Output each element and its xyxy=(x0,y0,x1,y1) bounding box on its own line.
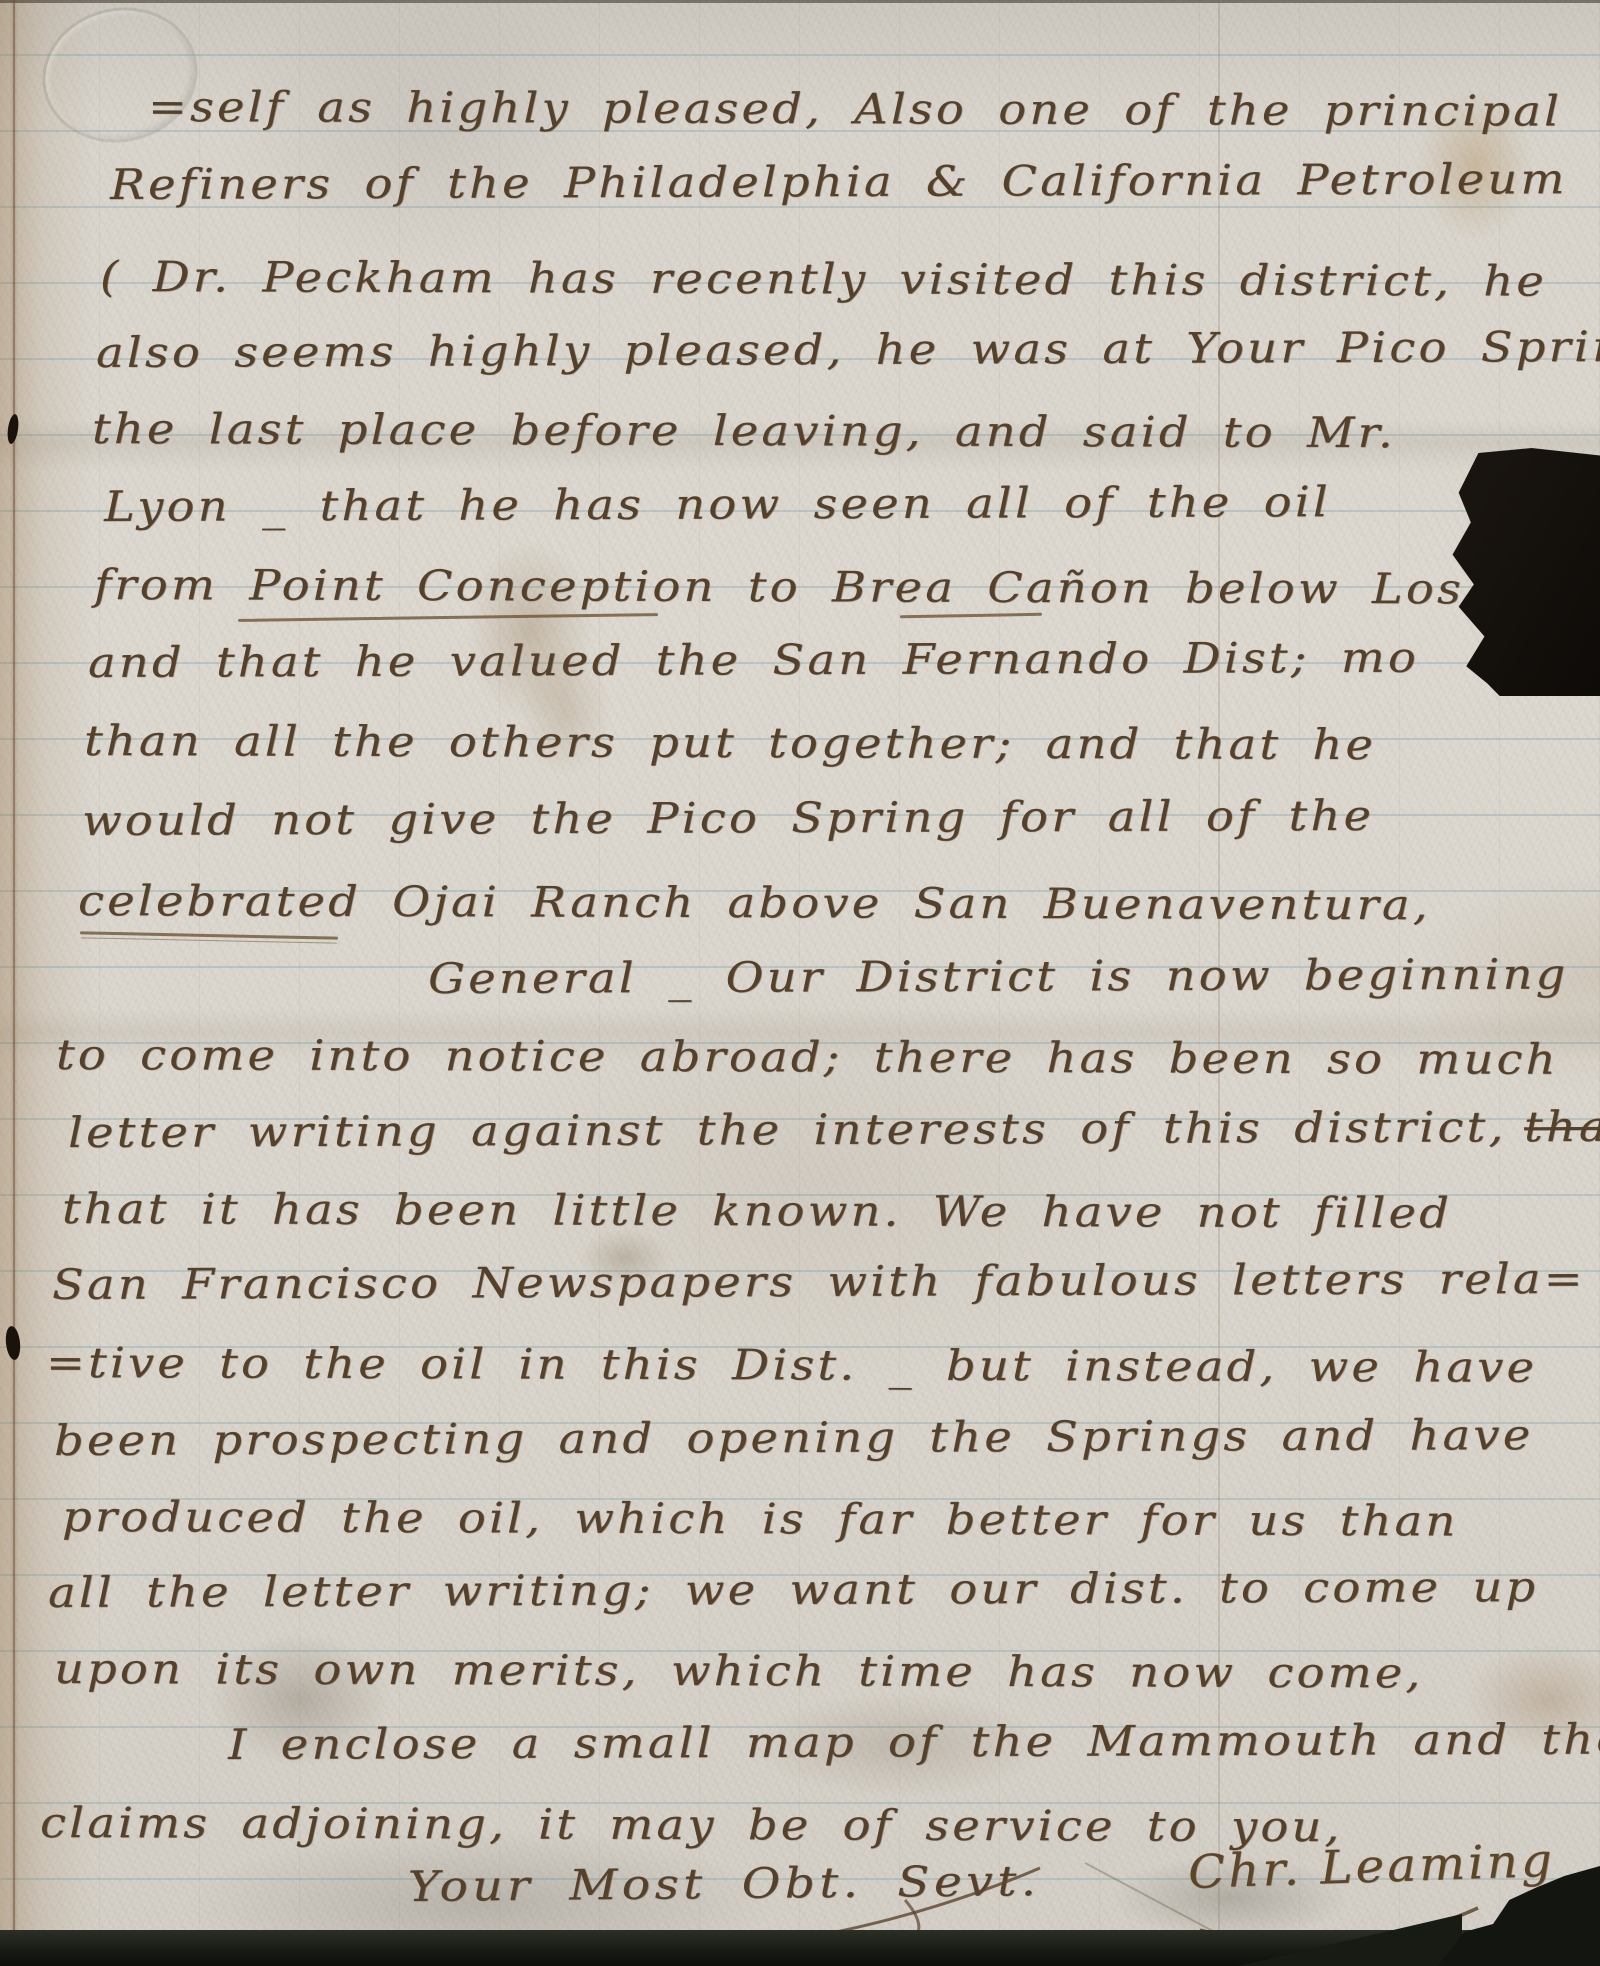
handwritten-line: produced the oil, which is far better fo… xyxy=(62,1492,1476,1545)
struck-word: that xyxy=(1524,1102,1600,1151)
handwritten-line: upon its own merits, which time has now … xyxy=(54,1644,1441,1697)
handwritten-line: that it has been little known. We have n… xyxy=(62,1184,1470,1237)
handwritten-line: Lyon _ that he has now seen all of the o… xyxy=(104,477,1349,531)
handwritten-line: from Point Conception to Brea Cañon belo… xyxy=(94,560,1482,613)
handwritten-line: been prospecting and opening the Springs… xyxy=(54,1410,1551,1465)
handwritten-line: ( Dr. Peckham has recently visited this … xyxy=(100,252,1565,306)
handwritten-line: General _ Our District is now beginning xyxy=(428,949,1586,1003)
damage-patch xyxy=(1448,448,1600,696)
handwritten-line: Refiners of the Philadelphia & Californi… xyxy=(110,154,1600,209)
letter-body: =self as highly pleased, Also one of the… xyxy=(0,0,1600,1966)
handwritten-line: to come into notice abroad; there has be… xyxy=(56,1030,1577,1084)
handwritten-line: also seems highly pleased, he was at You… xyxy=(96,322,1600,377)
letter-closing: Your Most Obt. Sevt. xyxy=(408,1856,1041,1911)
handwritten-line: celebrated Ojai Ranch above San Buenaven… xyxy=(78,876,1449,929)
handwritten-line: the last place before leaving, and said … xyxy=(92,404,1414,457)
handwritten-line: letter writing against the interests of … xyxy=(68,1102,1600,1157)
handwritten-line: and that he valued the San Fernando Dist… xyxy=(88,633,1437,687)
handwritten-line: than all the others put together; and th… xyxy=(84,716,1394,769)
handwritten-line: claims adjoining, it may be of service t… xyxy=(40,1798,1360,1851)
handwritten-line: I enclose a small map of the Mammouth an… xyxy=(228,1714,1600,1769)
handwritten-line: all the letter writing; we want our dist… xyxy=(48,1562,1556,1617)
handwritten-line: =tive to the oil in this Dist. _ but ins… xyxy=(46,1338,1555,1392)
handwritten-line: would not give the Pico Spring for all o… xyxy=(82,791,1392,845)
handwritten-line: San Francisco Newspapers with fabulous l… xyxy=(52,1254,1600,1309)
letter-page: =self as highly pleased, Also one of the… xyxy=(0,0,1600,1966)
handwritten-line: =self as highly pleased, Also one of the… xyxy=(148,82,1580,136)
